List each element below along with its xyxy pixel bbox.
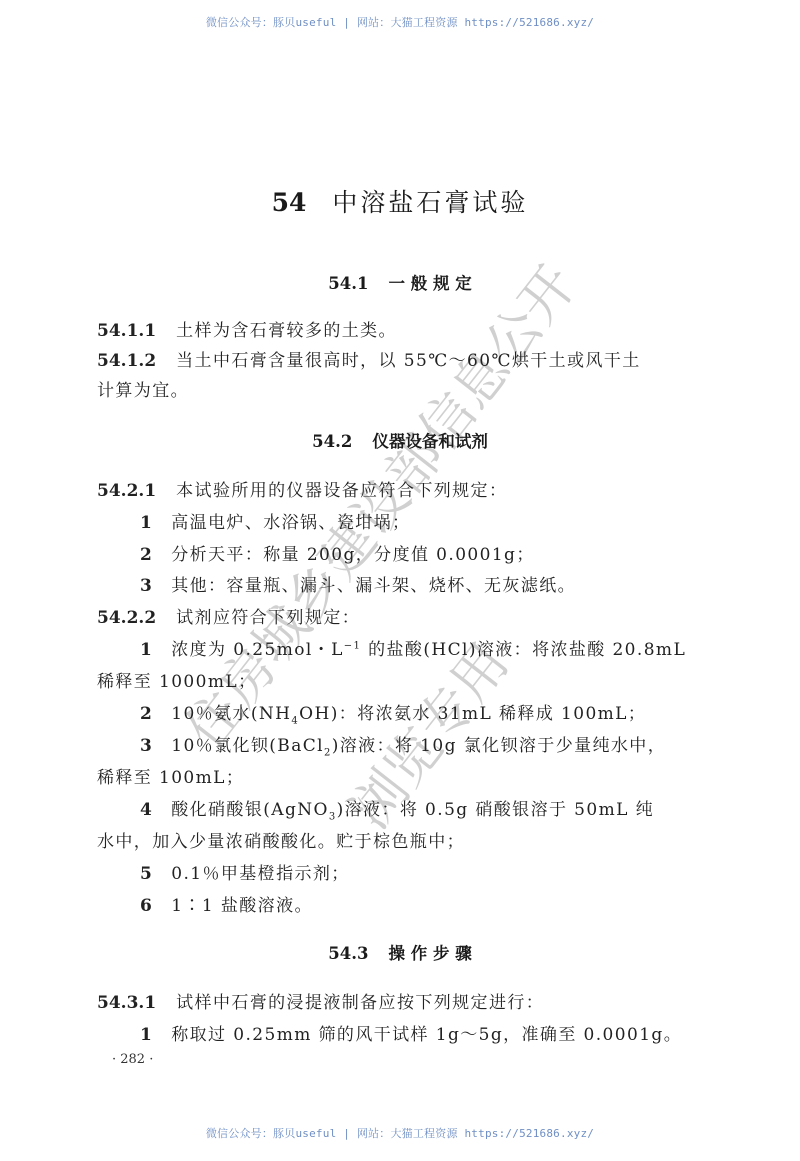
- clause-54-2-1: 54.2.1本试验所用的仪器设备应符合下列规定：: [97, 476, 707, 501]
- item-text: 高温电炉、水浴锅、瓷坩埚；: [171, 513, 410, 533]
- clause-54-2-2: 54.2.2试剂应符合下列规定：: [97, 603, 707, 628]
- item-text: 酸化硝酸银(AgNO: [171, 800, 329, 820]
- clause-54-1-2-cont: 计算为宜。: [97, 376, 707, 401]
- subscript: 3: [329, 811, 337, 822]
- list-item: 210％氨水(NH4OH)：将浓氨水 31mL 稀释成 100mL；: [140, 699, 750, 726]
- clause-number: 54.2.1: [97, 481, 156, 501]
- section-number: 54.2: [312, 432, 352, 451]
- clause-text: 试样中石膏的浸提液制备应按下列规定进行：: [176, 993, 544, 1013]
- clause-number: 54.1.2: [97, 351, 156, 371]
- section-name: 操 作 步 骤: [388, 944, 471, 963]
- item-number: 3: [140, 576, 153, 596]
- clause-number: 54.3.1: [97, 993, 156, 1013]
- clause-54-1-2: 54.1.2当土中石膏含量很高时，以 55℃～60℃烘干土或风干土: [97, 346, 707, 371]
- list-item: 4酸化硝酸银(AgNO3)溶液：将 0.5g 硝酸银溶于 50mL 纯: [140, 795, 750, 822]
- item-number: 5: [140, 864, 153, 884]
- list-item-cont: 水中，加入少量浓硝酸酸化。贮于棕色瓶中；: [97, 827, 707, 852]
- item-text: )溶液：将 10g 氯化钡溶于少量纯水中，: [332, 736, 666, 756]
- section-number: 54.1: [328, 274, 368, 293]
- list-item: 61∶1 盐酸溶液。: [140, 891, 750, 916]
- clause-text: 本试验所用的仪器设备应符合下列规定：: [176, 481, 507, 501]
- item-number: 6: [140, 896, 153, 916]
- clause-number: 54.1.1: [97, 321, 156, 341]
- chapter-number: 54: [272, 188, 307, 217]
- item-number: 1: [140, 640, 153, 660]
- clause-text: 试剂应符合下列规定：: [176, 608, 360, 628]
- chapter-name: 中溶盐石膏试验: [332, 188, 528, 217]
- item-text: 浓度为 0.25mol・L: [171, 640, 344, 660]
- section-title-54-2: 54.2仪器设备和试剂: [0, 428, 800, 452]
- section-title-54-3: 54.3操 作 步 骤: [0, 940, 800, 964]
- item-text: 1∶1 盐酸溶液。: [171, 896, 313, 916]
- clause-text: 土样为含石膏较多的土类。: [176, 321, 397, 341]
- list-item: 3其他：容量瓶、漏斗、漏斗架、烧杯、无灰滤纸。: [140, 571, 750, 596]
- section-name: 仪器设备和试剂: [372, 432, 488, 451]
- list-item: 1浓度为 0.25mol・L−1 的盐酸(HCl)溶液：将浓盐酸 20.8mL: [140, 635, 750, 660]
- list-item-cont: 稀释至 1000mL；: [97, 667, 707, 692]
- item-number: 1: [140, 1025, 153, 1045]
- page-number: · 282 ·: [112, 1052, 153, 1067]
- subscript: 2: [324, 747, 332, 758]
- item-number: 2: [140, 545, 153, 565]
- chapter-title: 54中溶盐石膏试验: [0, 183, 800, 219]
- list-item: 2分析天平：称量 200g，分度值 0.0001g；: [140, 540, 750, 565]
- list-item: 310％氯化钡(BaCl2)溶液：将 10g 氯化钡溶于少量纯水中，: [140, 731, 750, 758]
- item-text: 称取过 0.25mm 筛的风干试样 1g～5g，准确至 0.0001g。: [171, 1025, 682, 1045]
- list-item-cont: 稀释至 100mL；: [97, 763, 707, 788]
- section-number: 54.3: [328, 944, 368, 963]
- item-text: 10％氨水(NH: [171, 704, 291, 724]
- item-number: 1: [140, 513, 153, 533]
- item-text: 其他：容量瓶、漏斗、漏斗架、烧杯、无灰滤纸。: [171, 576, 576, 596]
- item-number: 4: [140, 800, 153, 820]
- clause-number: 54.2.2: [97, 608, 156, 628]
- list-item: 1高温电炉、水浴锅、瓷坩埚；: [140, 508, 750, 533]
- subscript: 4: [291, 715, 299, 726]
- clause-text: 当土中石膏含量很高时，以 55℃～60℃烘干土或风干土: [176, 351, 641, 371]
- item-number: 3: [140, 736, 153, 756]
- item-text: 0.1％甲基橙指示剂；: [171, 864, 349, 884]
- item-text: 分析天平：称量 200g，分度值 0.0001g；: [171, 545, 535, 565]
- section-name: 一 般 规 定: [388, 274, 471, 293]
- list-item: 50.1％甲基橙指示剂；: [140, 859, 750, 884]
- bottom-banner: 微信公众号：豚贝useful | 网站：大猫工程资源 https://52168…: [0, 1125, 800, 1141]
- item-text: OH)：将浓氨水 31mL 稀释成 100mL；: [299, 704, 646, 724]
- item-text: 10％氯化钡(BaCl: [171, 736, 324, 756]
- superscript: −1: [344, 640, 362, 651]
- list-item: 1称取过 0.25mm 筛的风干试样 1g～5g，准确至 0.0001g。: [140, 1020, 750, 1045]
- item-text: )溶液：将 0.5g 硝酸银溶于 50mL 纯: [337, 800, 654, 820]
- item-text: 的盐酸(HCl)溶液：将浓盐酸 20.8mL: [361, 640, 686, 660]
- clause-54-3-1: 54.3.1试样中石膏的浸提液制备应按下列规定进行：: [97, 988, 707, 1013]
- section-title-54-1: 54.1一 般 规 定: [0, 270, 800, 294]
- item-number: 2: [140, 704, 153, 724]
- top-banner: 微信公众号：豚贝useful | 网站：大猫工程资源 https://52168…: [0, 14, 800, 30]
- clause-54-1-1: 54.1.1土样为含石膏较多的土类。: [97, 316, 707, 341]
